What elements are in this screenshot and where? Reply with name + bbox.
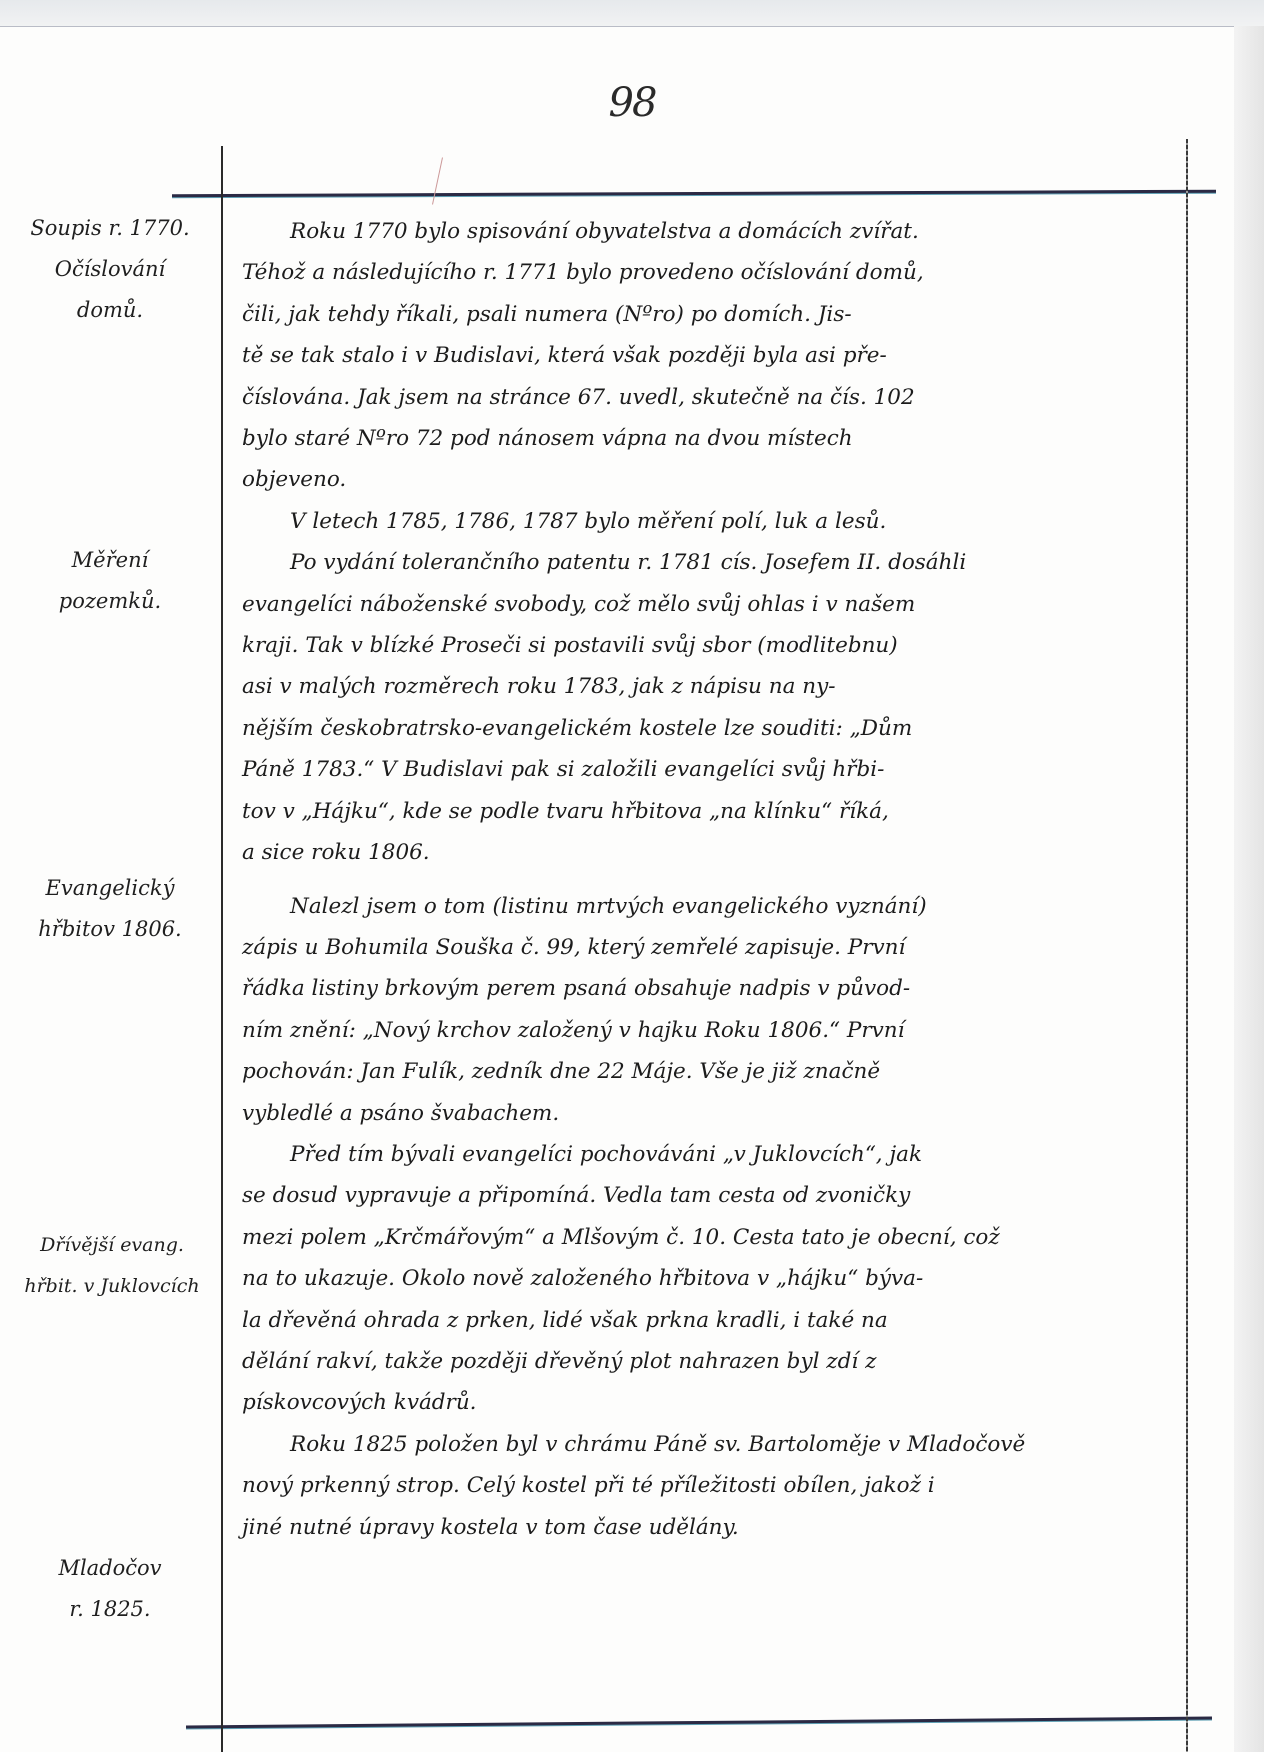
page-number: 98	[0, 80, 1264, 126]
text-line: na to ukazuje. Okolo nově založeného hřb…	[242, 1258, 1177, 1299]
margin-note-line: pozemků.	[20, 581, 200, 622]
text-line: kraji. Tak v blízké Proseči si postavili…	[242, 625, 1177, 666]
body-text: Roku 1770 bylo spisování obyvatelstva a …	[242, 211, 1177, 1548]
text-line: Roku 1825 položen byl v chrámu Páně sv. …	[242, 1424, 1177, 1465]
text-line: tě se tak stalo i v Budislavi, která vša…	[242, 335, 1177, 376]
text-line: zápis u Bohumila Souška č. 99, který zem…	[242, 927, 1177, 968]
right-border-line	[1186, 139, 1188, 1752]
text-line: mezi polem „Krčmářovým“ a Mlšovým č. 10.…	[242, 1217, 1177, 1258]
text-line: Roku 1770 bylo spisování obyvatelstva a …	[242, 211, 1177, 252]
margin-note-line: hřbitov 1806.	[20, 909, 200, 950]
text-line: Před tím bývali evangelíci pochováváni „…	[242, 1134, 1177, 1175]
text-line: pochován: Jan Fulík, zedník dne 22 Máje.…	[242, 1051, 1177, 1092]
margin-note-line: r. 1825.	[20, 1589, 200, 1630]
margin-note-line: domů.	[20, 290, 200, 331]
text-line: tov v „Hájku“, kde se podle tvaru hřbito…	[242, 791, 1177, 832]
margin-note-line: Měření	[20, 540, 200, 581]
margin-note-line: Očíslování	[20, 249, 200, 290]
text-line: evangelíci náboženské svobody, což mělo …	[242, 584, 1177, 625]
margin-note-line: Mladočov	[20, 1548, 200, 1589]
margin-note-line: Dřívější evang.	[14, 1225, 210, 1266]
text-line: se dosud vypravuje a připomíná. Vedla ta…	[242, 1175, 1177, 1216]
margin-note-former-cemetery: Dřívější evang. hřbit. v Juklovcích	[14, 1225, 210, 1307]
margin-note-land-survey: Měření pozemků.	[20, 540, 200, 622]
text-line: pískovcových kvádrů.	[242, 1382, 1177, 1423]
text-line: a sice roku 1806.	[242, 832, 1177, 873]
text-line: bylo staré Nºro 72 pod nánosem vápna na …	[242, 418, 1177, 459]
text-line: ním znění: „Nový krchov založený v hajku…	[242, 1010, 1177, 1051]
text-line: jiné nutné úpravy kostela v tom čase udě…	[242, 1507, 1177, 1548]
text-line: číslována. Jak jsem na stránce 67. uvedl…	[242, 377, 1177, 418]
scan-top-edge	[0, 0, 1264, 27]
scan-right-edge	[1234, 26, 1264, 1752]
text-line: nový prkenný strop. Celý kostel při té p…	[242, 1465, 1177, 1506]
margin-note-evangelical-cemetery: Evangelický hřbitov 1806.	[20, 868, 200, 950]
margin-note-line: Evangelický	[20, 868, 200, 909]
text-line: Nalezl jsem o tom (listinu mrtvých evang…	[242, 886, 1177, 927]
text-line: vybledlé a psáno švabachem.	[242, 1093, 1177, 1134]
margin-note-line: Soupis r. 1770.	[20, 208, 200, 249]
margin-note-census-1770: Soupis r. 1770. Očíslování domů.	[20, 208, 200, 331]
text-line: asi v malých rozměrech roku 1783, jak z …	[242, 666, 1177, 707]
text-line: dělání rakví, takže později dřevěný plot…	[242, 1341, 1177, 1382]
margin-note-line: hřbit. v Juklovcích	[14, 1266, 210, 1307]
text-line: čili, jak tehdy říkali, psali numera (Nº…	[242, 294, 1177, 335]
text-line: objeveno.	[242, 459, 1177, 500]
text-line: Po vydání tolerančního patentu r. 1781 c…	[242, 542, 1177, 583]
text-line: la dřevěná ohrada z prken, lidé však prk…	[242, 1300, 1177, 1341]
text-line: Téhož a následujícího r. 1771 bylo prove…	[242, 252, 1177, 293]
margin-note-mladocov-1825: Mladočov r. 1825.	[20, 1548, 200, 1630]
text-line: Páně 1783.“ V Budislavi pak si založili …	[242, 749, 1177, 790]
text-line: V letech 1785, 1786, 1787 bylo měření po…	[242, 501, 1177, 542]
text-line: řádka listiny brkovým perem psaná obsahu…	[242, 968, 1177, 1009]
text-line: nějším českobratrsko-evangelickém kostel…	[242, 708, 1177, 749]
margin-divider-line	[221, 146, 223, 1752]
